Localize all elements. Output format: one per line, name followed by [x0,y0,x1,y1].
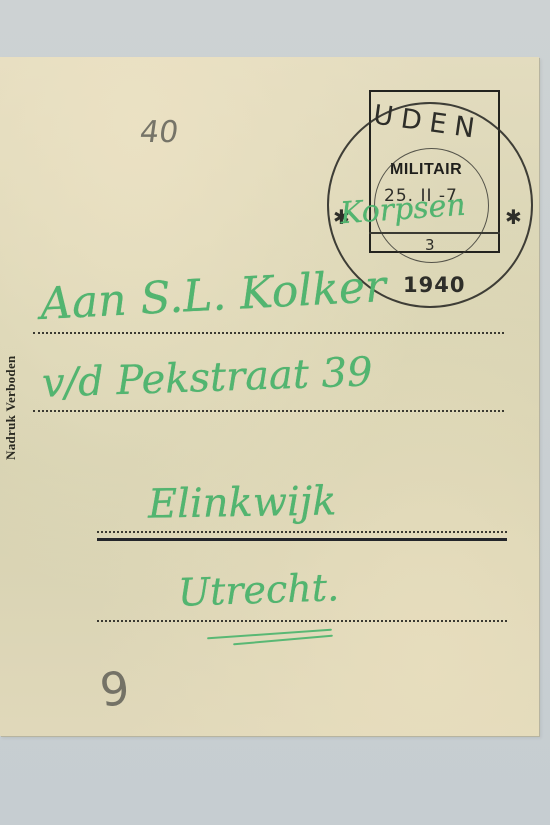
pencil-note-top: 40 [138,115,181,150]
address-line-3: Elinkwijk [148,478,337,527]
address-dotted-line-3 [97,531,507,533]
nadruk-verboden-label: Nadruk Verboden [3,355,19,460]
postmark-year: 1940 [403,273,465,297]
address-dotted-line-2 [33,410,504,412]
address-solid-line [97,538,507,541]
address-line-4: Utrecht. [177,565,339,615]
pencil-note-bottom: 9 [97,661,132,718]
address-dotted-line-4 [97,620,507,622]
address-dotted-line-1 [33,332,504,334]
postmark-star-icon: ✱ [505,205,522,229]
postmark-hour: 3 [425,236,435,254]
